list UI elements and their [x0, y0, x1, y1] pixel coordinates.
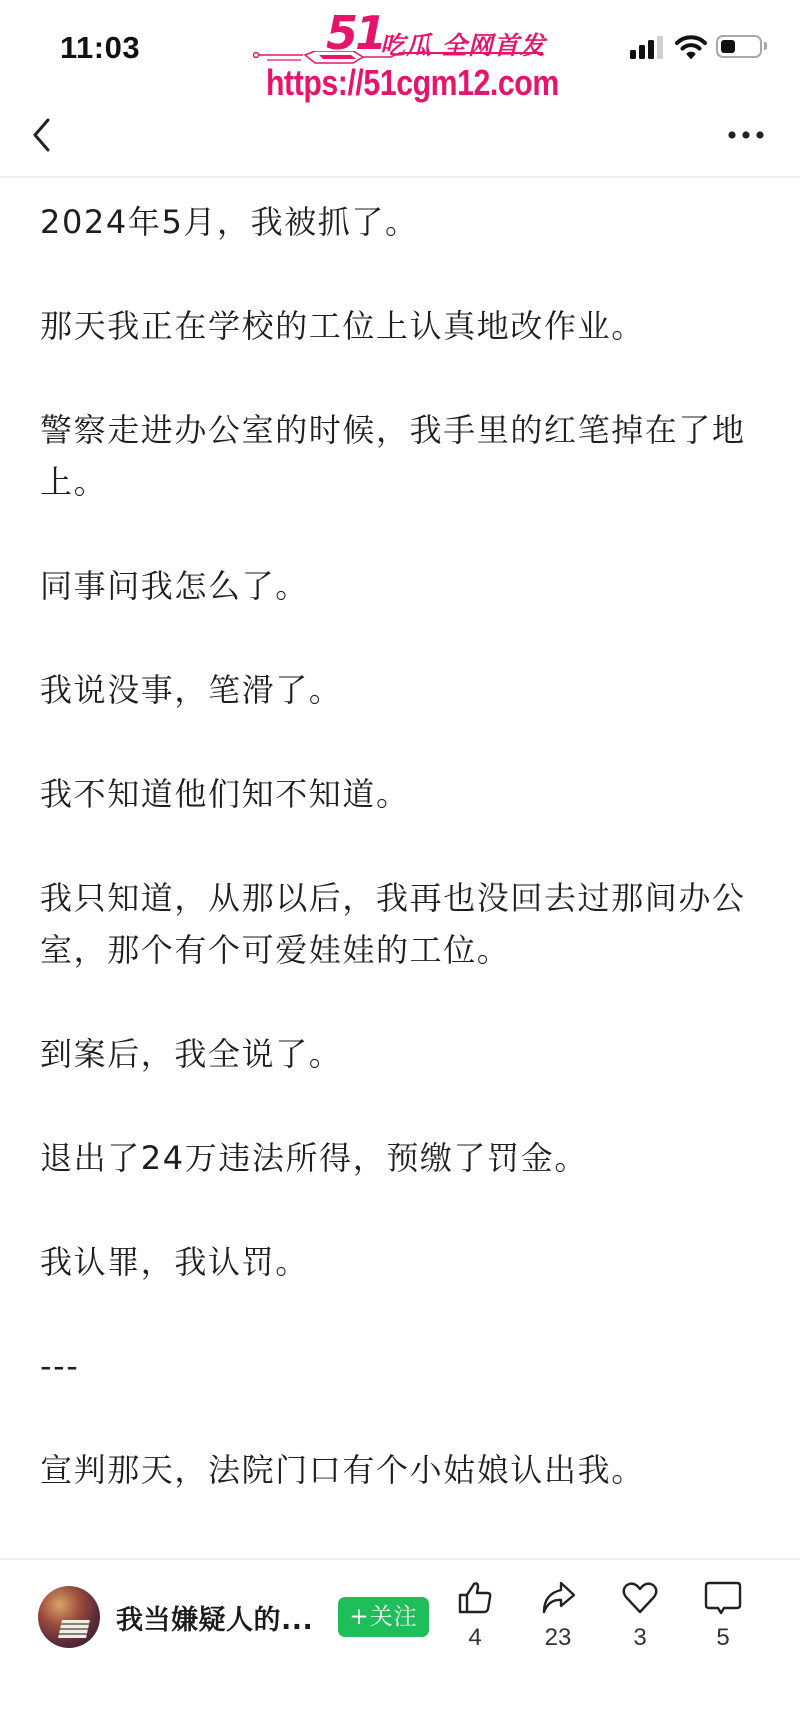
article-paragraph: 2024年5月，我被抓了。: [40, 196, 770, 248]
wifi-icon: [675, 34, 707, 60]
follow-button[interactable]: +关注: [338, 1597, 429, 1637]
cellular-signal-icon: [630, 36, 666, 59]
author-name[interactable]: 我当嫌疑人的...: [116, 1598, 313, 1637]
like-button[interactable]: 4: [445, 1578, 505, 1658]
status-time: 11:03: [60, 30, 140, 66]
article-paragraph: 到案后，我全说了。: [40, 1028, 770, 1080]
chevron-left-icon: [26, 112, 66, 158]
more-options-button[interactable]: [722, 120, 770, 150]
back-button[interactable]: [26, 112, 66, 158]
article-paragraph: 警察走进办公室的时候，我手里的红笔掉在了地上。: [40, 404, 770, 508]
article-paragraph: 我只知道，从那以后，我再也没回去过那间办公室，那个有个可爱娃娃的工位。: [40, 872, 770, 976]
article-paragraph: 退出了24万违法所得，预缴了罚金。: [40, 1132, 770, 1184]
section-separator: ---: [40, 1340, 770, 1392]
share-button[interactable]: 23: [528, 1578, 588, 1658]
article-paragraph: 我说没事，笔滑了。: [40, 664, 770, 716]
battery-cap: [764, 42, 767, 50]
comment-button[interactable]: 5: [693, 1578, 753, 1658]
article-paragraph: 我认罪，我认罚。: [40, 1236, 770, 1288]
share-icon: [538, 1578, 578, 1618]
watermark-url: https://51cgm12.com: [266, 62, 559, 104]
battery-icon: [716, 35, 762, 58]
comment-icon: [703, 1578, 743, 1618]
thumbs-up-icon: [455, 1578, 495, 1618]
favorite-button[interactable]: 3: [610, 1578, 670, 1658]
article-paragraph: 我不知道他们知不知道。: [40, 768, 770, 820]
favorite-count: 3: [610, 1624, 670, 1652]
article-paragraph: 同事问我怎么了。: [40, 560, 770, 612]
like-count: 4: [445, 1624, 505, 1652]
article-body: 2024年5月，我被抓了。 那天我正在学校的工位上认真地改作业。 警察走进办公室…: [40, 196, 770, 1548]
footer-divider: [0, 1558, 800, 1560]
comment-count: 5: [693, 1624, 753, 1652]
header-divider: [0, 176, 800, 178]
article-paragraph: 那天我正在学校的工位上认真地改作业。: [40, 300, 770, 352]
author-avatar[interactable]: [38, 1586, 100, 1648]
share-count: 23: [528, 1624, 588, 1652]
more-horizontal-icon: [722, 120, 770, 150]
heart-icon: [620, 1578, 660, 1618]
article-paragraph: 宣判那天，法院门口有个小姑娘认出我。: [40, 1444, 770, 1496]
